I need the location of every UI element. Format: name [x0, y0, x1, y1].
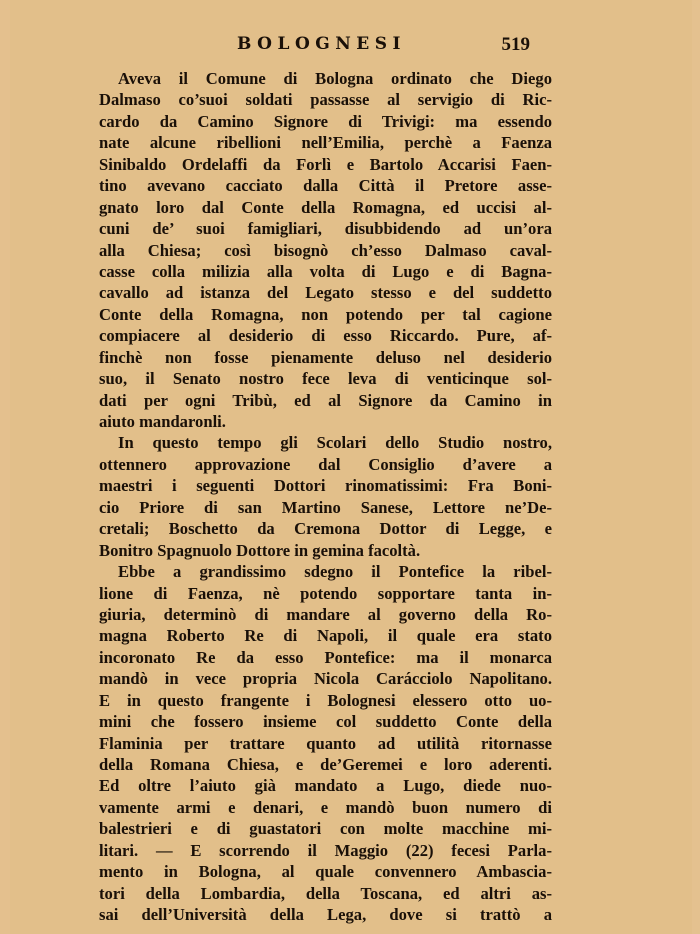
text-line: suo, il Senato nostro fece leva di venti… — [99, 368, 552, 389]
text-line: Bonitro Spagnuolo Dottore in gemina faco… — [99, 540, 552, 561]
text-line: cardo da Camino Signore di Trivigi: ma e… — [99, 111, 552, 132]
text-line: alla Chiesa; così bisognò ch’esso Dalmas… — [99, 240, 552, 261]
text-line: Conte della Romagna, non potendo per tal… — [99, 304, 552, 325]
paragraph: In questo tempo gli Scolari dello Studio… — [99, 432, 552, 561]
page-edge-left — [0, 0, 10, 934]
text-line: maestri i seguenti Dottori rinomatissimi… — [99, 475, 552, 496]
text-line: finchè non fosse pienamente deluso nel d… — [99, 347, 552, 368]
text-line: Ed oltre l’aiuto già mandato a Lugo, die… — [99, 775, 552, 796]
text-line: incoronato Re da esso Pontefice: ma il m… — [99, 647, 552, 668]
text-line: Dalmaso co’suoi soldati passasse al serv… — [99, 89, 552, 110]
text-line: della Romana Chiesa, e de’Geremei e loro… — [99, 754, 552, 775]
text-line: cuni de’ suoi famigliari, disubbidendo a… — [99, 218, 552, 239]
text-line: ottennero approvazione dal Consiglio d’a… — [99, 454, 552, 475]
text-line: casse colla milizia alla volta di Lugo e… — [99, 261, 552, 282]
text-line: E in questo frangente i Bolognesi elesse… — [99, 690, 552, 711]
text-line: In questo tempo gli Scolari dello Studio… — [99, 432, 552, 453]
paragraph: Ebbe a grandissimo sdegno il Pontefice l… — [99, 561, 552, 925]
text-line: giuria, determinò di mandare al governo … — [99, 604, 552, 625]
text-line: tori della Lombardia, della Toscana, ed … — [99, 883, 552, 904]
text-line: cavallo ad istanza del Legato stesso e d… — [99, 282, 552, 303]
running-title: BOLOGNESI — [237, 34, 406, 54]
text-line: compiacere al desiderio di esso Riccardo… — [99, 325, 552, 346]
text-line: sai dell’Università della Lega, dove si … — [99, 904, 552, 925]
text-line: Sinibaldo Ordelaffi da Forlì e Bartolo A… — [99, 154, 552, 175]
text-line: Ebbe a grandissimo sdegno il Pontefice l… — [99, 561, 552, 582]
text-line: cio Priore di san Martino Sanese, Lettor… — [99, 497, 552, 518]
body-text: Aveva il Comune di Bologna ordinato che … — [99, 68, 552, 926]
text-line: balestrieri e di guastatori con molte ma… — [99, 818, 552, 839]
text-line: gnato loro dal Conte della Romagna, ed u… — [99, 197, 552, 218]
text-line: lione di Faenza, nè potendo sopportare t… — [99, 583, 552, 604]
text-line: Flaminia per trattare quanto ad utilità … — [99, 733, 552, 754]
text-line: Aveva il Comune di Bologna ordinato che … — [99, 68, 552, 89]
text-line: aiuto mandaronli. — [99, 411, 552, 432]
text-line: mandò in vece propria Nicola Carácciolo … — [99, 668, 552, 689]
text-line: vamente armi e denari, e mandò buon nume… — [99, 797, 552, 818]
text-line: nate alcune ribellioni nell’Emilia, perc… — [99, 132, 552, 153]
text-line: tino avevano cacciato dalla Città il Pre… — [99, 175, 552, 196]
page-edge-right — [692, 0, 700, 934]
text-line: mento in Bologna, al quale convennero Am… — [99, 861, 552, 882]
paragraph: Aveva il Comune di Bologna ordinato che … — [99, 68, 552, 432]
text-line: cretali; Boschetto da Cremona Dottor di … — [99, 518, 552, 539]
page-number: 519 — [502, 34, 531, 56]
text-line: magna Roberto Re di Napoli, il quale era… — [99, 625, 552, 646]
text-line: litari. — E scorrendo il Maggio (22) fec… — [99, 840, 552, 861]
text-line: mini che fossero insieme col suddetto Co… — [99, 711, 552, 732]
running-head: BOLOGNESI 519 — [100, 34, 552, 58]
text-line: dati per ogni Tribù, ed al Signore da Ca… — [99, 390, 552, 411]
